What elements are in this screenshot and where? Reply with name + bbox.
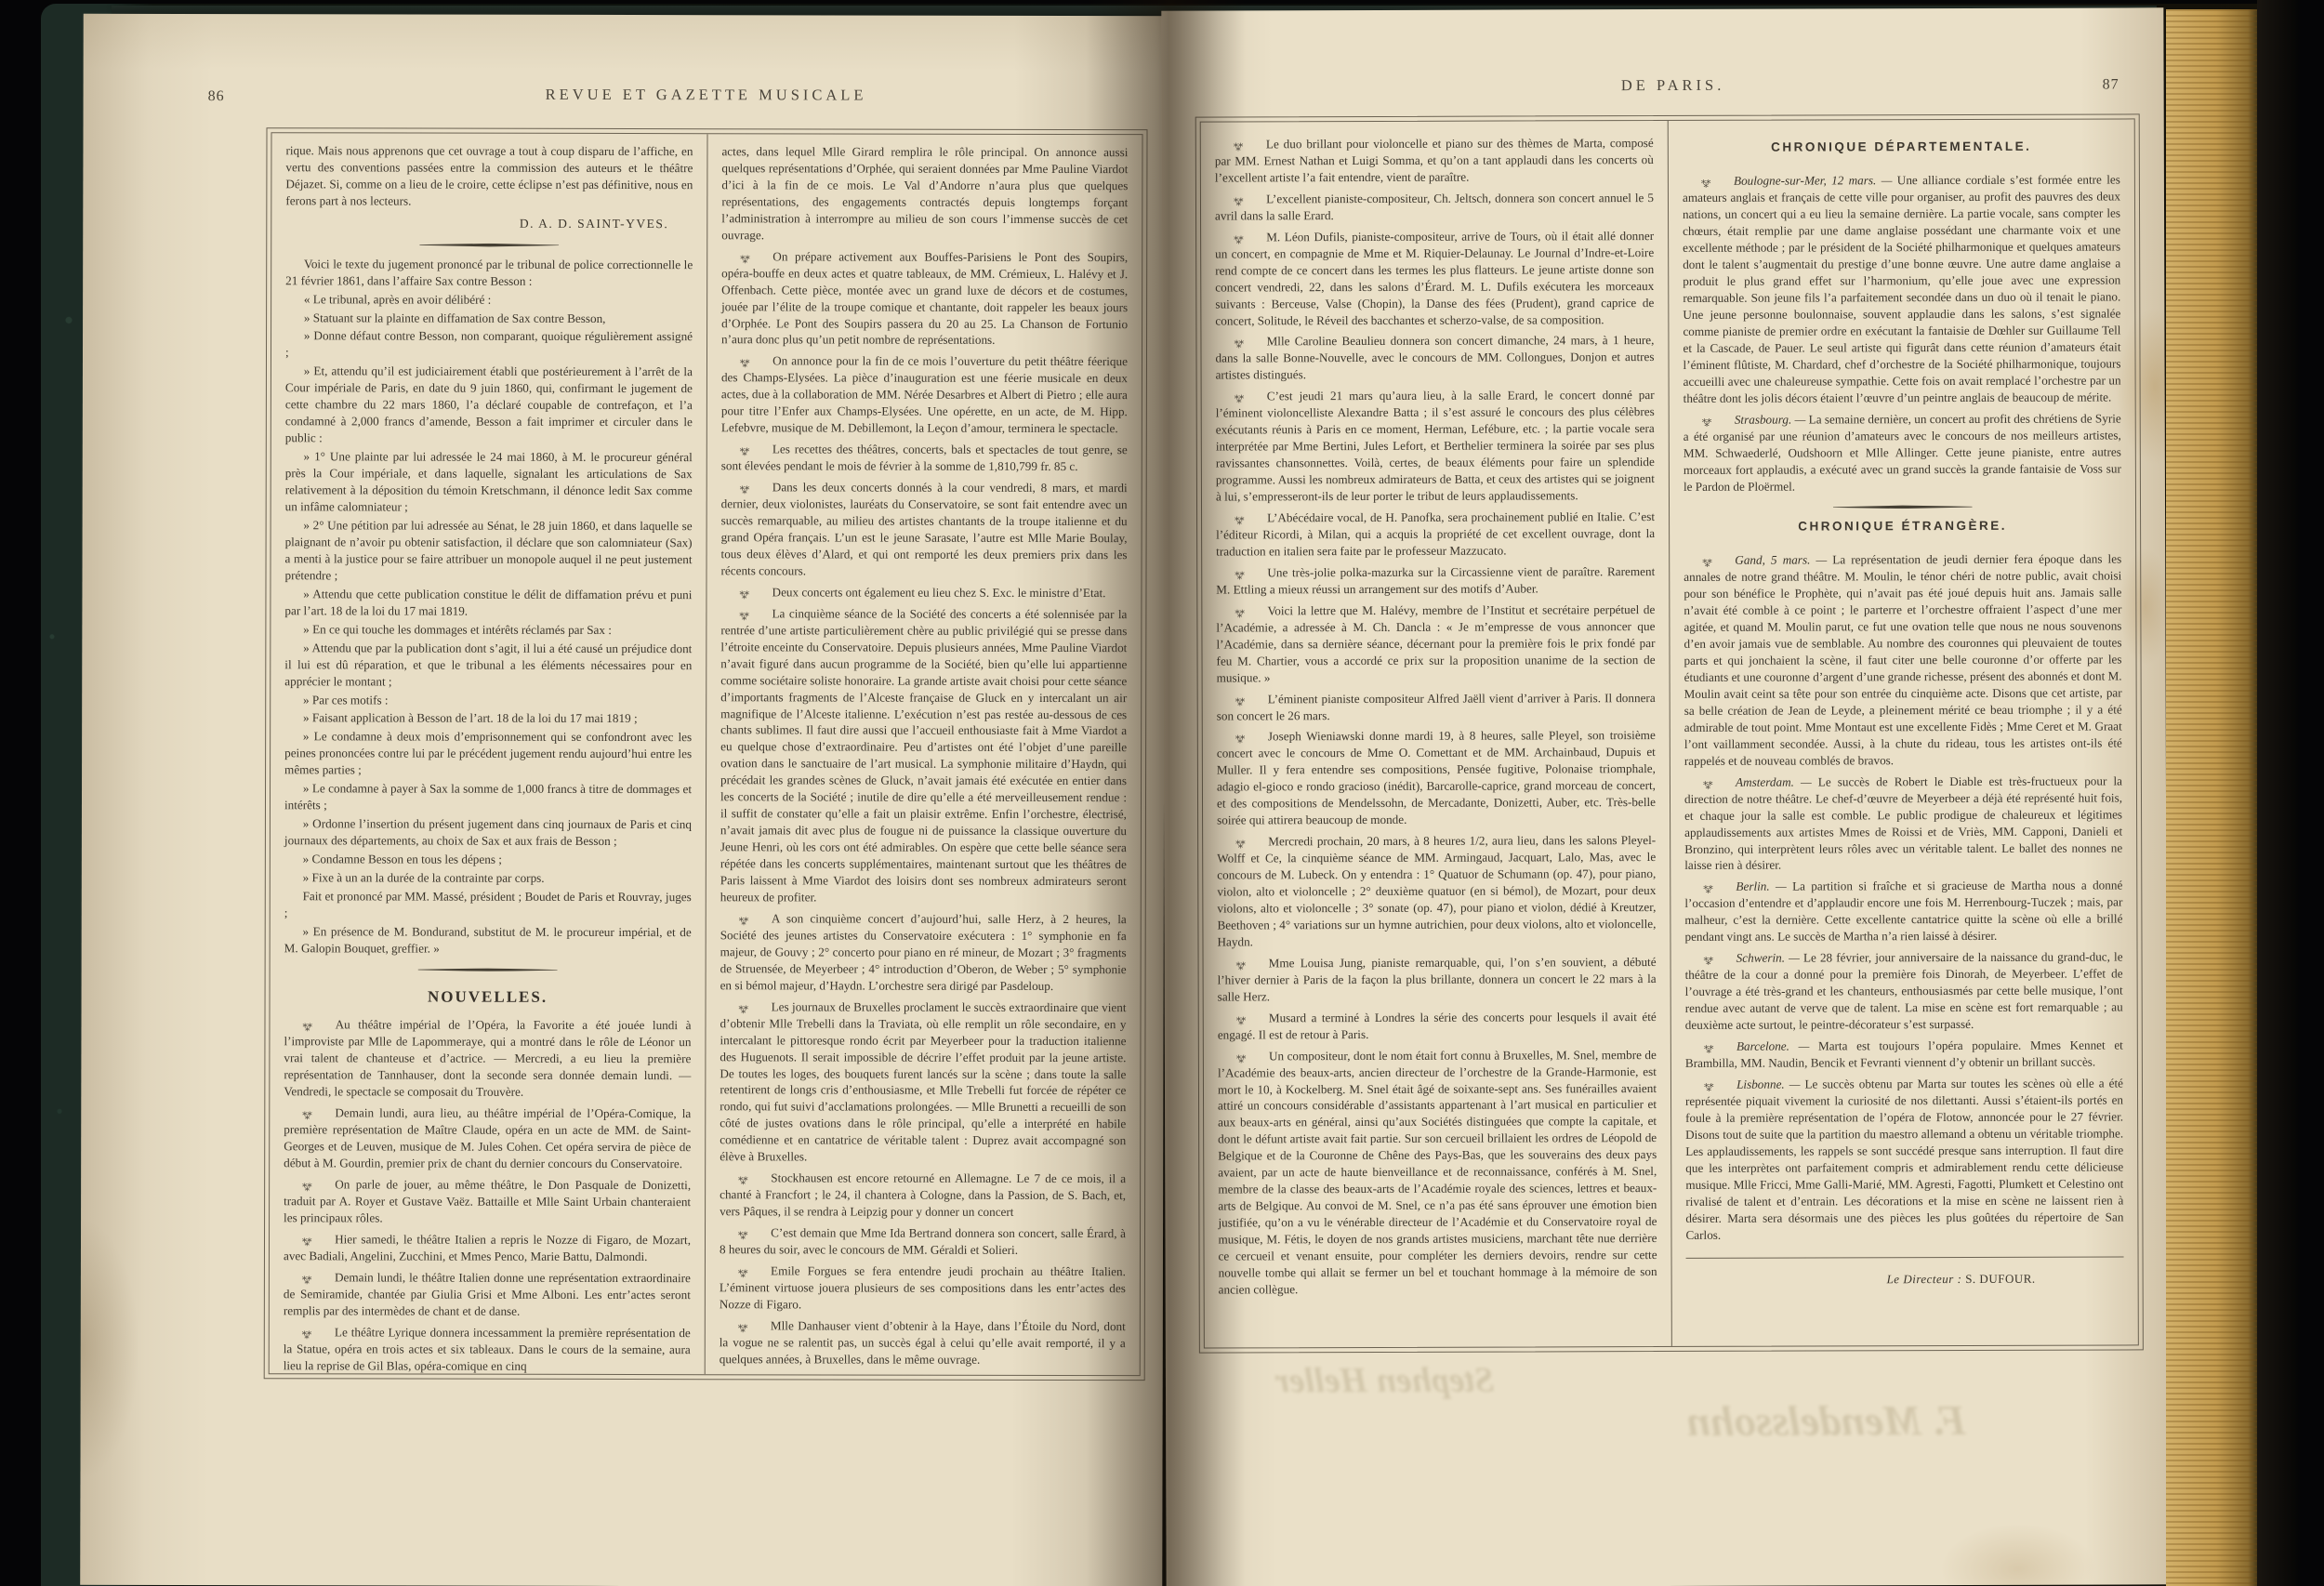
body-paragraph: » Ordonne l’insertion du présent jugemen… <box>284 815 692 850</box>
body-paragraph: » 2° Une pétition par lui adressée au Sé… <box>284 517 692 585</box>
asterism-icon: ⁂ <box>302 1108 330 1118</box>
section-divider-rule <box>418 968 558 971</box>
asterism-icon: ⁂ <box>1704 1042 1732 1052</box>
left-page: 86 REVUE ET GAZETTE MUSICALE rique. Mais… <box>80 14 1166 1586</box>
news-item: ⁂Musard a terminé à Londres la série des… <box>1218 1009 1657 1043</box>
body-paragraph: Fait et prononcé par MM. Massé, présiden… <box>284 888 692 922</box>
news-item: ⁂Mlle Charlotte de Tiefensée, l’excellen… <box>720 1372 1126 1375</box>
body-paragraph: » Faisant application à Besson de l’art.… <box>284 710 692 728</box>
section-heading: CHRONIQUE ÉTRANGÈRE. <box>1684 517 2121 535</box>
body-paragraph: » Le condamne à deux mois d’emprisonneme… <box>284 729 692 780</box>
asterism-icon: ⁂ <box>738 1002 766 1012</box>
dateline: Lisbonne. — <box>1736 1077 1800 1090</box>
news-item: ⁂Le théâtre Lyrique donnera incessamment… <box>284 1324 691 1374</box>
news-item: ⁂Au théâtre impérial de l’Opéra, la Favo… <box>284 1017 691 1102</box>
fore-edge-page-stack <box>2166 9 2257 1586</box>
asterism-icon: ⁂ <box>302 1021 330 1031</box>
section-divider-rule <box>1833 505 1973 509</box>
news-item: ⁂M. Léon Dufils, pianiste-compositeur, a… <box>1215 228 1654 329</box>
dateline: Strasbourg. — <box>1735 412 1806 426</box>
left-page-column-2: actes, dans lequel Mlle Girard remplira … <box>705 134 1142 1375</box>
asterism-icon: ⁂ <box>1234 139 1261 150</box>
news-item: ⁂Berlin. — La partition si fraîche et si… <box>1684 878 2122 945</box>
news-item: ⁂Barcelone. — Marta est toujours l’opéra… <box>1685 1037 2123 1071</box>
dateline: Gand, 5 mars. — <box>1735 553 1827 567</box>
body-paragraph: » 1° Une plainte par lui adressée le 24 … <box>285 448 693 516</box>
body-paragraph: » Attendu que cette publication constitu… <box>284 586 692 620</box>
news-item: ⁂A son cinquième concert d’aujourd’hui, … <box>720 910 1127 995</box>
asterism-icon: ⁂ <box>1701 177 1729 187</box>
body-paragraph: » Le condamne à payer à Sax la somme de … <box>284 781 692 815</box>
dateline: Berlin. — <box>1736 879 1786 893</box>
body-paragraph: » Attendu que par la publication dont s’… <box>284 640 692 691</box>
news-item: ⁂On parle de jouer, au même théâtre, le … <box>284 1176 691 1227</box>
asterism-icon: ⁂ <box>740 357 768 367</box>
body-paragraph: » Donne défaut contre Besson, non compar… <box>285 328 693 363</box>
asterism-icon: ⁂ <box>1235 694 1262 705</box>
news-item: ⁂Schwerin. — Le 28 février, jour anniver… <box>1685 949 2123 1034</box>
journal-title-running-head: REVUE ET GAZETTE MUSICALE <box>270 85 1143 105</box>
section-heading: CHRONIQUE DÉPARTEMENTALE. <box>1683 138 2120 156</box>
news-item: ⁂Strasbourg. — La semaine dernière, un c… <box>1684 410 2121 495</box>
asterism-icon: ⁂ <box>1235 838 1263 848</box>
asterism-icon: ⁂ <box>1234 337 1261 348</box>
asterism-icon: ⁂ <box>302 1273 330 1283</box>
book-spread-photo: 86 REVUE ET GAZETTE MUSICALE rique. Mais… <box>0 0 2324 1586</box>
right-page-column-2: CHRONIQUE DÉPARTEMENTALE.⁂Boulogne-sur-M… <box>1668 119 2138 1346</box>
continued-paragraph: actes, dans lequel Mlle Girard remplira … <box>721 143 1128 245</box>
asterism-icon: ⁂ <box>740 252 768 262</box>
page-frame-inner: ⁂Le duo brillant pour violoncelle et pia… <box>1200 118 2139 1348</box>
author-signature: D. A. D. SAINT-YVES. <box>285 215 668 232</box>
dateline: Barcelone. — <box>1736 1039 1809 1053</box>
news-item: ⁂Un compositeur, dont le nom était fort … <box>1218 1047 1657 1299</box>
news-item: ⁂Demain lundi, le théâtre Italien donne … <box>284 1269 691 1320</box>
asterism-icon: ⁂ <box>739 588 767 598</box>
asterism-icon: ⁂ <box>302 1180 330 1190</box>
section-divider-rule <box>419 244 559 247</box>
news-item: ⁂Demain lundi, aura lieu, au théâtre imp… <box>284 1104 691 1172</box>
footer-rule <box>1686 1257 2124 1259</box>
body-paragraph: « Le tribunal, après en avoir délibéré : <box>285 291 693 309</box>
asterism-icon: ⁂ <box>1236 1051 1264 1062</box>
right-page-column-1: ⁂Le duo brillant pour violoncelle et pia… <box>1201 121 1671 1348</box>
asterism-icon: ⁂ <box>738 1266 766 1276</box>
asterism-icon: ⁂ <box>1236 1013 1264 1024</box>
page-frame: rique. Mais nous apprenons que cet ouvra… <box>264 127 1148 1381</box>
news-item: ⁂C’est jeudi 21 mars qu’aura lieu, à la … <box>1216 387 1655 505</box>
left-page-column-1: rique. Mais nous apprenons que cet ouvra… <box>270 133 707 1374</box>
news-item: ⁂La cinquième séance de la Société des c… <box>720 605 1128 906</box>
body-paragraph: » En ce qui touche les dommages et intér… <box>284 621 692 639</box>
continued-paragraph: rique. Mais nous apprenons que cet ouvra… <box>285 142 693 210</box>
news-item: ⁂Le duo brillant pour violoncelle et pia… <box>1215 135 1654 186</box>
asterism-icon: ⁂ <box>302 1328 330 1338</box>
asterism-icon: ⁂ <box>1235 568 1262 578</box>
news-item: ⁂L’Abécédaire vocal, de H. Panofka, sera… <box>1216 509 1655 560</box>
asterism-icon: ⁂ <box>1235 606 1262 616</box>
show-through-text: F. Mendelssohn <box>1686 1395 1966 1446</box>
asterism-icon: ⁂ <box>1235 513 1262 523</box>
asterism-icon: ⁂ <box>1234 232 1261 243</box>
news-item: ⁂On annonce pour la fin de ce mois l’ouv… <box>721 353 1128 438</box>
asterism-icon: ⁂ <box>302 1235 330 1245</box>
asterism-icon: ⁂ <box>1703 777 1731 787</box>
news-item: ⁂Une très-jolie polka-mazurka sur la Cir… <box>1216 563 1655 598</box>
body-paragraph: » En présence de M. Bondurand, substitut… <box>284 923 692 958</box>
news-item: ⁂Dans les deux concerts donnés à la cour… <box>720 479 1127 580</box>
news-item: ⁂Amsterdam. — Le succès de Robert le Dia… <box>1684 773 2122 874</box>
asterism-icon: ⁂ <box>1235 733 1263 743</box>
asterism-icon: ⁂ <box>1702 556 1730 566</box>
news-item: ⁂Hier samedi, le théâtre Italien a repri… <box>284 1231 691 1265</box>
body-paragraph: » Et, attendu qu’il est judiciairement é… <box>285 363 693 448</box>
news-item: ⁂Les journaux de Bruxelles proclament le… <box>720 998 1126 1166</box>
asterism-icon: ⁂ <box>1703 954 1731 964</box>
page-frame: ⁂Le duo brillant pour violoncelle et pia… <box>1195 113 2144 1353</box>
asterism-icon: ⁂ <box>1234 194 1261 205</box>
asterism-icon: ⁂ <box>1234 392 1261 403</box>
page-number-left: 86 <box>208 88 225 105</box>
body-paragraph: » Par ces motifs : <box>284 692 692 709</box>
dateline: Boulogne-sur-Mer, 12 mars. — <box>1734 174 1892 189</box>
asterism-icon: ⁂ <box>738 1321 766 1331</box>
news-item: ⁂Voici la lettre que M. Halévy, membre d… <box>1216 601 1655 686</box>
news-item: ⁂L’éminent pianiste compositeur Alfred J… <box>1217 690 1656 724</box>
news-item: ⁂Emile Forgues se fera entendre jeudi pr… <box>720 1262 1126 1314</box>
dateline: Schwerin. — <box>1736 951 1800 965</box>
show-through-text: Stephen Heller <box>1275 1360 1495 1402</box>
asterism-icon: ⁂ <box>1703 882 1731 892</box>
dateline: Le Directeur : <box>1887 1272 1962 1286</box>
news-item: ⁂Les recettes des théâtres, concerts, ba… <box>721 441 1128 475</box>
body-paragraph: » Statuant sur la plainte en diffamation… <box>285 310 693 327</box>
news-item: ⁂Joseph Wieniawski donne mardi 19, à 8 h… <box>1217 727 1656 828</box>
body-paragraph: Voici le texte du jugement prononcé par … <box>285 256 693 290</box>
asterism-icon: ⁂ <box>739 482 767 493</box>
news-item: ⁂Deux concerts ont également eu lieu che… <box>720 584 1127 601</box>
asterism-icon: ⁂ <box>1235 958 1263 969</box>
news-item: ⁂Mlle Caroline Beaulieu donnera son conc… <box>1215 333 1654 384</box>
asterism-icon: ⁂ <box>739 914 767 924</box>
news-item: ⁂Mercredi prochain, 20 mars, à 8 heures … <box>1217 832 1656 950</box>
asterism-icon: ⁂ <box>738 1173 766 1183</box>
news-item: ⁂Lisbonne. — Le succès obtenu par Marta … <box>1685 1075 2124 1243</box>
section-heading: NOUVELLES. <box>284 986 692 1009</box>
page-frame-inner: rique. Mais nous apprenons que cet ouvra… <box>269 132 1143 1376</box>
news-item: ⁂C’est demain que Mme Ida Bertrand donne… <box>720 1224 1126 1259</box>
right-page: DE PARIS. 87 ⁂Le duo brillant pour violo… <box>1161 7 2168 1586</box>
right-cover-edge <box>2257 0 2298 1586</box>
asterism-icon: ⁂ <box>740 444 768 455</box>
director-line: Le Directeur : S. DUFOUR. <box>1686 1271 2124 1289</box>
news-item: ⁂Gand, 5 mars. — La représentation de je… <box>1684 551 2122 770</box>
body-paragraph: » Fixe à un an la durée de la contrainte… <box>284 869 692 887</box>
news-item: ⁂L’excellent pianiste-compositeur, Ch. J… <box>1215 190 1654 224</box>
asterism-icon: ⁂ <box>1704 1080 1732 1090</box>
asterism-icon: ⁂ <box>1702 415 1730 425</box>
body-paragraph: » Condamne Besson en tous les dépens ; <box>284 851 692 868</box>
page-number-right: 87 <box>2103 76 2119 93</box>
asterism-icon: ⁂ <box>739 609 767 619</box>
news-item: ⁂On prépare activement aux Bouffes-Paris… <box>721 248 1128 350</box>
news-item: ⁂Mme Louisa Jung, pianiste remarquable, … <box>1218 954 1657 1005</box>
news-item: ⁂Stockhausen est encore retourné en Alle… <box>720 1170 1126 1221</box>
news-item: ⁂Mlle Danhauser vient d’obtenir à la Hay… <box>720 1317 1126 1368</box>
journal-title-running-head: DE PARIS. <box>1218 74 2129 96</box>
asterism-icon: ⁂ <box>738 1228 766 1238</box>
dateline: Amsterdam. — <box>1736 774 1812 788</box>
news-item: ⁂Boulogne-sur-Mer, 12 mars. — Une allian… <box>1683 172 2121 407</box>
